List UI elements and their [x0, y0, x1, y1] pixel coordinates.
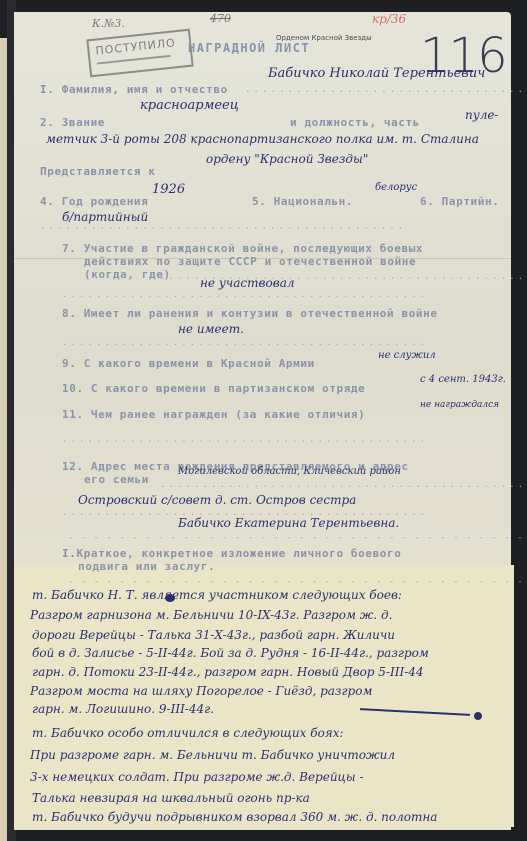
field-11-num: 11.: [62, 408, 84, 421]
scan-left-margin: [0, 38, 7, 841]
field-7-dots-2: ........................................…: [62, 290, 428, 300]
field-8-label: 8. Имеет ли ранения и контузии в отечест…: [62, 307, 438, 320]
narrative-line-5: гарн. д. Потоки 23-II-44г., разгром гарн…: [32, 665, 424, 679]
ink-blot-2: [474, 712, 482, 720]
field-7-label-line-1: 7. Участие в гражданской войне, последую…: [62, 242, 423, 255]
field-5-value: белорус: [375, 182, 417, 193]
field-12-num: 12.: [62, 460, 84, 473]
field-4-label: 4. Год рождения: [40, 195, 148, 208]
field-6-label: 6. Партийн.: [420, 195, 499, 208]
struck-number: 470: [210, 12, 231, 25]
field-9-num: 9.: [62, 357, 76, 370]
narrative-line-7: гарн. м. Логишино. 9-III-44г.: [32, 702, 214, 716]
ink-blot: [165, 594, 175, 602]
field-12-dots-1: ........................................…: [160, 480, 526, 490]
corner-note: К.№3.: [92, 17, 125, 30]
field-5-label: 5. Национальн.: [252, 195, 353, 208]
field-3-value: ордену "Красной Звезды": [206, 152, 368, 166]
field-11-label-text: Чем ранее награжден (за какие отличия): [91, 408, 365, 421]
field-2-position-label: и должность, часть: [290, 116, 420, 129]
section-1-num: I.: [62, 547, 76, 560]
field-10-label: 10. С какого времени в партизанском отря…: [62, 382, 365, 395]
narrative-line-9: При разгроме гарн. м. Бельничи т. Бабичк…: [30, 748, 395, 762]
field-3-label-text: Представляется к: [40, 165, 156, 178]
field-1-label: I. Фамилия, имя и отчество: [40, 83, 228, 96]
field-7-label-line-3: (когда, где): [84, 268, 171, 281]
field-10-num: 10.: [62, 382, 84, 395]
field-3-label: Представляется к: [40, 165, 156, 178]
red-pencil-note: кр/36: [372, 12, 406, 26]
narrative-line-2: Разгром гарнизона м. Бельничи 10-IX-43г.…: [30, 608, 392, 622]
field-2-label: 2. Звание: [40, 116, 105, 129]
field-4-value: 1926: [152, 182, 185, 197]
field-8-dots: ........................................…: [62, 338, 428, 348]
field-10-label-text: С какого времени в партизанском отряде: [91, 382, 365, 395]
field-7-value: не участвовал: [200, 276, 295, 290]
field-4-num: 4.: [40, 195, 54, 208]
divider-dashes-2: - - - - - - - - - - - - - - - - - - - - …: [68, 577, 527, 587]
narrative-line-6: Разгром моста на шляху Погорелое - Гиёзд…: [30, 684, 372, 698]
narrative-line-4: бой в д. Залисье - 5-II-44г. Бой за д. Р…: [32, 646, 429, 660]
section-1-label-line-2: подвига или заслуг.: [78, 560, 215, 573]
narrative-line-10: 3-х немецких солдат. При разгроме ж.д. В…: [30, 770, 364, 784]
field-1-value: Бабичко Николай Терентьевич: [268, 66, 485, 81]
field-7-label-text-1: Участие в гражданской войне, последующих…: [84, 242, 423, 255]
field-12-label-line-2: его семьи: [84, 473, 149, 486]
field-9-label-text: С какого времени в Красной Армии: [84, 357, 315, 370]
field-2-position-value-b: метчик 3-й роты 208 краснопартизанского …: [46, 132, 479, 146]
section-1-label-text-1: Краткое, конкретное изложение личного бо…: [76, 547, 401, 560]
field-11-label: 11. Чем ранее награжден (за какие отличи…: [62, 408, 365, 421]
field-2-rank-value: красноармеец: [140, 98, 239, 113]
field-12-value-line-3: Бабичко Екатерина Терентьевна.: [178, 516, 399, 530]
field-1-label-text: Фамилия, имя и отчество: [62, 83, 228, 96]
received-stamp-label: ПОСТУПИЛО: [95, 36, 176, 57]
field-8-value: не имеет.: [178, 322, 244, 336]
field-2-position-value-a: пуле-: [465, 108, 499, 122]
field-10-value: с 4 сент. 1943г.: [420, 374, 506, 385]
field-6-dots: ........................................…: [40, 222, 406, 232]
narrative-line-1: т. Бабичко Н. Т. является участником сле…: [32, 588, 402, 602]
field-8-label-text: Имеет ли ранения и контузии в отечествен…: [84, 307, 438, 320]
field-7-label-line-2: действиях по защите СССР и отечественной…: [84, 255, 416, 268]
field-9-label: 9. С какого времени в Красной Армии: [62, 357, 315, 370]
field-8-num: 8.: [62, 307, 76, 320]
field-9-value: не служил: [378, 350, 436, 361]
section-1-label-line-1: I.Краткое, конкретное изложение личного …: [62, 547, 401, 560]
field-12-value-line-2: Островский с/совет д. ст. Остров сестра: [78, 493, 356, 507]
narrative-line-11: Талька невзирая на шквальный огонь пр-ка: [32, 791, 310, 805]
field-2-label-text: Звание: [62, 116, 105, 129]
narrative-line-12: т. Бабичко будучи подрывником взорвал 36…: [32, 810, 437, 824]
field-2-num: 2.: [40, 116, 54, 129]
divider-dashes-1: - - - - - - - - - - - - - - - - - - - - …: [68, 533, 527, 543]
field-7-num: 7.: [62, 242, 76, 255]
field-12-value-line-1: Могилевской области, Кличевский район: [178, 466, 401, 477]
field-11-value: не награждался: [420, 400, 499, 410]
field-11-dots: ........................................…: [62, 435, 428, 445]
document-title: НАГРАДНОЙ ЛИСТ: [188, 41, 310, 55]
field-1-dots: ........................................…: [245, 85, 527, 95]
field-1-num: I.: [40, 83, 54, 96]
narrative-line-8: т. Бабичко особо отличился в следующих б…: [32, 726, 344, 740]
narrative-line-3: дороги Верейцы - Талька 31-X-43г., разбо…: [32, 628, 395, 642]
field-4-label-text: Год рождения: [62, 195, 149, 208]
